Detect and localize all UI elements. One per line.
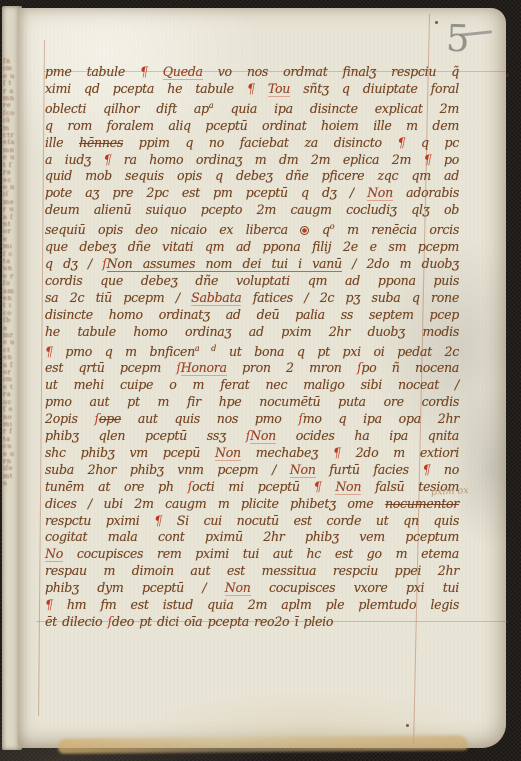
text-segment: / 2do m duobʒ	[342, 256, 459, 271]
showthrough-text-marks: ſn ım e uſ tr a mn re ſco ıūm ctr eſa mn…	[3, 58, 15, 658]
manuscript-page: 5 pme tabule ¶ Queda vo nos ordmat final…	[18, 8, 506, 748]
text-segment: ppim q no faciebat za disincto	[123, 135, 398, 150]
text-segment: a iudʒ	[45, 152, 103, 167]
text-segment: cocupisces vxore pxi tui	[251, 580, 459, 595]
text-segment: furtū facies	[316, 462, 423, 477]
manuscript-line: deum alienū suiquo pcepto 2m caugm coclu…	[45, 202, 459, 219]
manuscript-line: 2opis ſope aut quis nos pmo ſmo q ipa op…	[45, 411, 459, 428]
manuscript-line: ille hēnnes ppim q no faciebat za disinc…	[45, 135, 459, 152]
text-segment: Tou	[268, 81, 290, 97]
manuscript-line: ¶ pmo q m bnficena d ut bona q pt pxi oi…	[45, 341, 459, 361]
text-segment: sequiū opis deo nicaio ex liberca	[45, 222, 300, 237]
text-segment	[148, 64, 163, 79]
text-segment: mo q ipa opa 2hr	[303, 411, 459, 426]
text-segment: ille	[45, 135, 79, 150]
text-segment: hēnnes	[79, 135, 123, 150]
text-segment: q pc	[405, 135, 459, 150]
rubric-mark: ¶	[333, 445, 341, 460]
text-segment: pmo aut pt m fir hpe nocumētū puta ore c…	[45, 394, 459, 409]
rubric-mark: ¶	[45, 597, 53, 612]
manuscript-line: est qrtū pcepm ſHonora pron 2 mron ſpo ñ…	[45, 360, 459, 377]
text-segment: ra homo ordinaʒ m dm 2m eplica 2m	[111, 152, 423, 167]
text-segment: po	[431, 152, 459, 167]
manuscript-line: sa 2c tiū pcepm / Sabbata fatices / 2c p…	[45, 290, 459, 307]
manuscript-line: he tabule homo ordinaʒ ad pxim 2hr duobʒ…	[45, 324, 459, 341]
manuscript-line: oblecti qilhor dift apa quia ipa disinct…	[45, 98, 459, 118]
text-segment: que debeʒ dñe vitati qm ad ppona filij 2…	[45, 239, 459, 254]
text-segment: ut bona q pt pxi oi pedat 2c	[216, 344, 459, 359]
text-segment: deo pt dici oīa pcepta reo2o ī pleio	[112, 614, 333, 629]
prick-hole	[406, 724, 409, 727]
text-segment: deum alienū suiquo pcepto 2m caugm coclu…	[45, 202, 459, 217]
rubric-mark: ¶	[45, 344, 53, 359]
text-segment: no	[430, 462, 459, 477]
text-block: pme tabule ¶ Queda vo nos ordmat finalʒ …	[45, 64, 459, 631]
manuscript-line: sequiū opis deo nicaio ex liberca qo m r…	[45, 219, 459, 239]
text-segment: disincte homo ordinatʒ ad deū palia ss s…	[45, 307, 459, 322]
text-segment: Non	[250, 428, 276, 444]
text-segment: respctu pximi	[45, 513, 154, 528]
manuscript-line: ximi qd pcepta he tabule ¶ Tou sñtʒ q di…	[45, 81, 459, 98]
text-segment: q dʒ /	[45, 256, 102, 271]
manuscript-line: pote aʒ pre 2pc est pm pceptū q dʒ / Non…	[45, 185, 459, 202]
manuscript-line: ēt dilecio ſdeo pt dici oīa pcepta reo2o…	[45, 614, 459, 631]
text-segment: Queda	[163, 64, 203, 80]
text-segment: mechabeʒ	[241, 445, 333, 460]
text-segment: Honora	[181, 360, 227, 376]
manuscript-line: pme tabule ¶ Queda vo nos ordmat finalʒ …	[45, 64, 459, 81]
manuscript-line: suba 2hor phibʒ vnm pcepm / Non furtū fa…	[45, 462, 459, 479]
text-segment: q	[309, 222, 329, 237]
text-segment: oblecti qilhor dift ap	[45, 101, 209, 116]
text-segment: quid mob sequis opis q debeʒ dñe pficere…	[45, 168, 459, 183]
manuscript-line: cordis que debeʒ dñe voluptati qm ad ppo…	[45, 273, 459, 290]
text-segment: aut quis nos pmo	[121, 411, 298, 426]
text-segment: Sabbata	[191, 290, 241, 306]
text-segment: adorabis	[393, 185, 459, 200]
text-segment: octi mi pceptū	[192, 479, 314, 494]
text-segment: Non assumes nom dei tui i vanū	[107, 256, 342, 272]
text-segment: ēt dilecio	[45, 614, 107, 629]
text-segment: fatices / 2c pʒ suba q rone	[241, 290, 459, 305]
text-segment: suba 2hor phibʒ vnm pcepm /	[45, 462, 290, 477]
text-segment: No	[45, 546, 63, 562]
text-segment: est qrtū pcepm	[45, 360, 176, 375]
text-segment: sñtʒ q diuiptate foral	[290, 81, 459, 96]
manuscript-line: dices / ubi 2m caugm m plicite phibetʒ o…	[45, 496, 459, 513]
text-segment: Non	[215, 445, 241, 461]
text-segment: pron 2 mron	[227, 360, 357, 375]
text-segment: ope	[99, 411, 121, 426]
text-segment: tunēm at ore ph	[45, 479, 188, 494]
rubric-mark: ¶	[140, 64, 148, 79]
text-segment: shc phibʒ vm pcepū	[45, 445, 215, 460]
text-segment: sa 2c tiū pcepm /	[45, 290, 191, 305]
prick-hole	[506, 74, 509, 77]
margin-note: pxim ox	[431, 485, 469, 498]
text-segment: Si cui nocutū est corde ut qn quis	[162, 513, 459, 528]
text-segment: pmo q m bnficen	[53, 344, 195, 359]
worn-bottom-edge	[58, 735, 468, 754]
manuscript-photo: ſn ım e uſ tr a mn re ſco ıūm ctr eſa mn…	[0, 0, 521, 761]
text-segment	[255, 81, 268, 96]
text-segment: phibʒ dym pceptū /	[45, 580, 225, 595]
folio-number: 5	[445, 20, 470, 59]
text-segment: pote aʒ pre 2pc est pm pceptū q dʒ /	[45, 185, 367, 200]
text-segment: ocides ha ipa qnita	[276, 428, 459, 443]
manuscript-line: shc phibʒ vm pcepū Non mechabeʒ ¶ 2do m …	[45, 445, 459, 462]
manuscript-line: a iudʒ ¶ ra homo ordinaʒ m dm 2m eplica …	[45, 152, 459, 169]
text-segment: ximi qd pcepta he tabule	[45, 81, 247, 96]
manuscript-line: ut mehi cuipe o m ferat nec maligo sibi …	[45, 377, 459, 394]
text-segment: pme tabule	[45, 64, 140, 79]
text-segment: ut mehi cuipe o m ferat nec maligo sibi …	[45, 377, 459, 392]
manuscript-line: No cocupisces rem pximi tui aut hc est g…	[45, 546, 459, 563]
text-segment: quia ipa disincte explicat 2m	[214, 101, 459, 116]
text-segment: cocupisces rem pximi tui aut hc est go m…	[63, 546, 459, 561]
text-segment: 2opis	[45, 411, 94, 426]
text-segment: cogitat mala cont pximū 2hr phibʒ vem pc…	[45, 529, 459, 544]
text-segment: Non	[225, 580, 251, 596]
ruling-line-left	[38, 40, 45, 716]
manuscript-line: ¶ hm fm est istud quia 2m aplm ple plemt…	[45, 597, 459, 614]
manuscript-line: q dʒ / ſNon assumes nom dei tui i vanū /…	[45, 256, 459, 273]
text-segment: vo nos ordmat finalʒ respciu q̃	[203, 64, 459, 79]
manuscript-line: tunēm at ore ph ſocti mi pceptū ¶ Non fa…	[45, 479, 459, 496]
manuscript-line: respau m dimoin aut est messitua respciu…	[45, 563, 459, 580]
text-segment: Non	[367, 185, 393, 201]
rubric-mark: ¶	[154, 513, 162, 528]
manuscript-line: phibʒ dym pceptū / Non cocupisces vxore …	[45, 580, 459, 597]
manuscript-line: cogitat mala cont pximū 2hr phibʒ vem pc…	[45, 529, 459, 546]
text-segment	[321, 479, 335, 494]
text-segment: po ñ nocena	[361, 360, 459, 375]
prick-hole	[435, 21, 438, 24]
text-segment: Non	[335, 479, 361, 495]
text-segment: hm fm est istud quia 2m aplm ple plemtud…	[53, 597, 459, 612]
text-segment: phibʒ qlen pceptū ssʒ	[45, 428, 246, 443]
manuscript-line: que debeʒ dñe vitati qm ad ppona filij 2…	[45, 239, 459, 256]
manuscript-line: q rom foralem aliq pceptū ordinat hoiem …	[45, 118, 459, 135]
text-segment: cordis que debeʒ dñe voluptati qm ad ppo…	[45, 273, 459, 288]
manuscript-line: quid mob sequis opis q debeʒ dñe pficere…	[45, 168, 459, 185]
text-segment: he tabule homo ordinaʒ ad pxim 2hr duobʒ…	[45, 324, 459, 339]
manuscript-line: disincte homo ordinatʒ ad deū palia ss s…	[45, 307, 459, 324]
text-segment: q rom foralem aliq pceptū ordinat hoiem …	[45, 118, 459, 133]
text-segment: m renēcia orcis	[335, 222, 459, 237]
rubric-mark: ¶	[247, 81, 255, 96]
manuscript-line: pmo aut pt m fir hpe nocumētū puta ore c…	[45, 394, 459, 411]
manuscript-line: phibʒ qlen pceptū ssʒ ſNon ocides ha ipa…	[45, 428, 459, 445]
manuscript-line: respctu pximi ¶ Si cui nocutū est corde …	[45, 513, 459, 530]
text-segment: 2do m extiori	[341, 445, 459, 460]
text-segment: Non	[290, 462, 316, 478]
text-segment: respau m dimoin aut est messitua respciu…	[45, 563, 459, 578]
text-segment: dices / ubi 2m caugm m plicite phibetʒ o…	[45, 496, 385, 511]
text-segment: a d	[195, 344, 216, 353]
text-segment: nocumentor	[385, 496, 459, 511]
